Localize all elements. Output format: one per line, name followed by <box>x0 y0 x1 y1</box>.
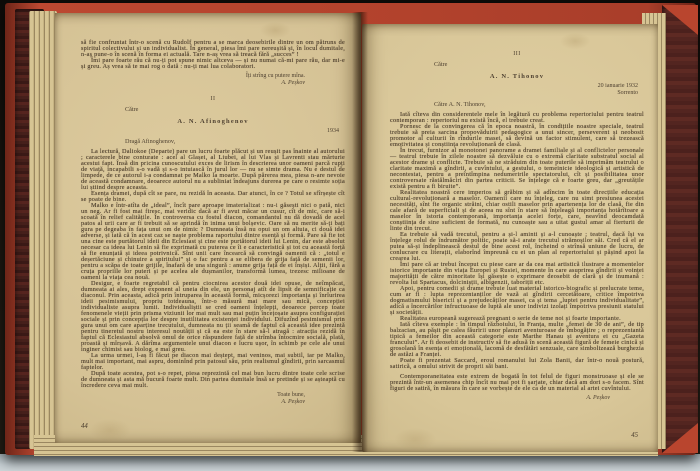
paragraph: Îmi pare că ar trebui început cu piese c… <box>390 262 644 286</box>
paragraph: La urma urmei, l-aș fi făcut pe diacon m… <box>81 353 345 371</box>
paragraph: să fie confruntat într-o scenă cu Rudolf… <box>81 40 345 58</box>
letter-date: 1934 <box>81 128 345 135</box>
letter-date: 20 ianuarie 1932 Sorrento <box>390 83 644 97</box>
page-edges-left <box>29 11 57 449</box>
paragraph: În trecut, furnizor al monotonei panoram… <box>390 148 644 190</box>
back-cover-edge <box>662 5 698 453</box>
paragraph: Contemporaneitatea este extrem de bogată… <box>390 374 644 392</box>
paragraph: Ea trebuie să vadă trecutul, pentru a și… <box>390 232 644 262</box>
paragraph: Desigur, e foarte regretabil că pentru c… <box>81 281 345 353</box>
addressee-name: A. N. Tihonov <box>390 73 644 80</box>
date-line: 20 ianuarie 1932 <box>390 83 638 90</box>
letter-signoff: Toate bune, A. Peșkov <box>81 392 345 406</box>
cover-corner-top <box>662 5 698 35</box>
page-number: 44 <box>81 423 88 430</box>
paragraph: Realitatea noastră cere imperios să grăb… <box>390 190 644 232</box>
paragraph: Pornesc de la convingerea că în epoca no… <box>390 124 644 148</box>
right-page-text: III Către A. N. Tihonov 20 ianuarie 1932… <box>390 42 644 401</box>
signature: A. Peșkov <box>81 399 305 406</box>
paragraph: Apoi, pentru comedii și drame trebuie lu… <box>390 286 644 316</box>
paragraph: După toate acestea, pot s-o repet, piesa… <box>81 371 345 389</box>
page-number: 45 <box>631 432 638 439</box>
salutation: Dragă Afinoghenov, <box>125 138 345 145</box>
signature: A. Peșkov <box>390 395 610 402</box>
signature: A. Peșkov <box>81 80 305 87</box>
left-page-text: să fie confruntat într-o scenă cu Rudolf… <box>81 40 345 406</box>
date-place: Sorrento <box>390 90 638 97</box>
cover-corner-bottom <box>662 423 698 453</box>
table-surface <box>0 454 700 471</box>
paragraph: Iată cîteva exemple : în timpul războiul… <box>390 322 644 358</box>
paragraph: Iată cîteva din considerentele mele în l… <box>390 112 644 124</box>
closing-line: Îți strîng cu putere mîna. <box>81 73 305 80</box>
right-page: III Către A. N. Tihonov 20 ianuarie 1932… <box>362 24 658 452</box>
paragraph: Malko e într-atîta de „ideal”, încît par… <box>81 203 345 281</box>
salutation: Către A. N. Tihonov, <box>434 101 644 108</box>
paragraph: Îmi pare foarte rău că nu-ți pot spune n… <box>81 58 345 70</box>
addressee-label: Către <box>434 61 644 68</box>
left-page: să fie confruntat într-o scenă cu Rudolf… <box>55 13 361 443</box>
section-number: III <box>390 51 644 57</box>
addressee-label: Către <box>125 106 345 113</box>
addressee-name: A. N. Afinoghenov <box>81 118 345 125</box>
book-photo: să fie confruntat într-o scenă cu Rudolf… <box>0 0 700 471</box>
paragraph: La lectură, Daliokoe (Departe) pare un l… <box>81 149 345 191</box>
section-number: II <box>81 96 345 102</box>
letter-signoff: A. Peșkov <box>390 395 644 402</box>
farewell: Toate bune, <box>81 392 305 399</box>
paragraph: Poate fi prezentat Saccard, eroul romanu… <box>390 358 644 370</box>
letter-closing: Îți strîng cu putere mîna. A. Peșkov <box>81 73 345 87</box>
